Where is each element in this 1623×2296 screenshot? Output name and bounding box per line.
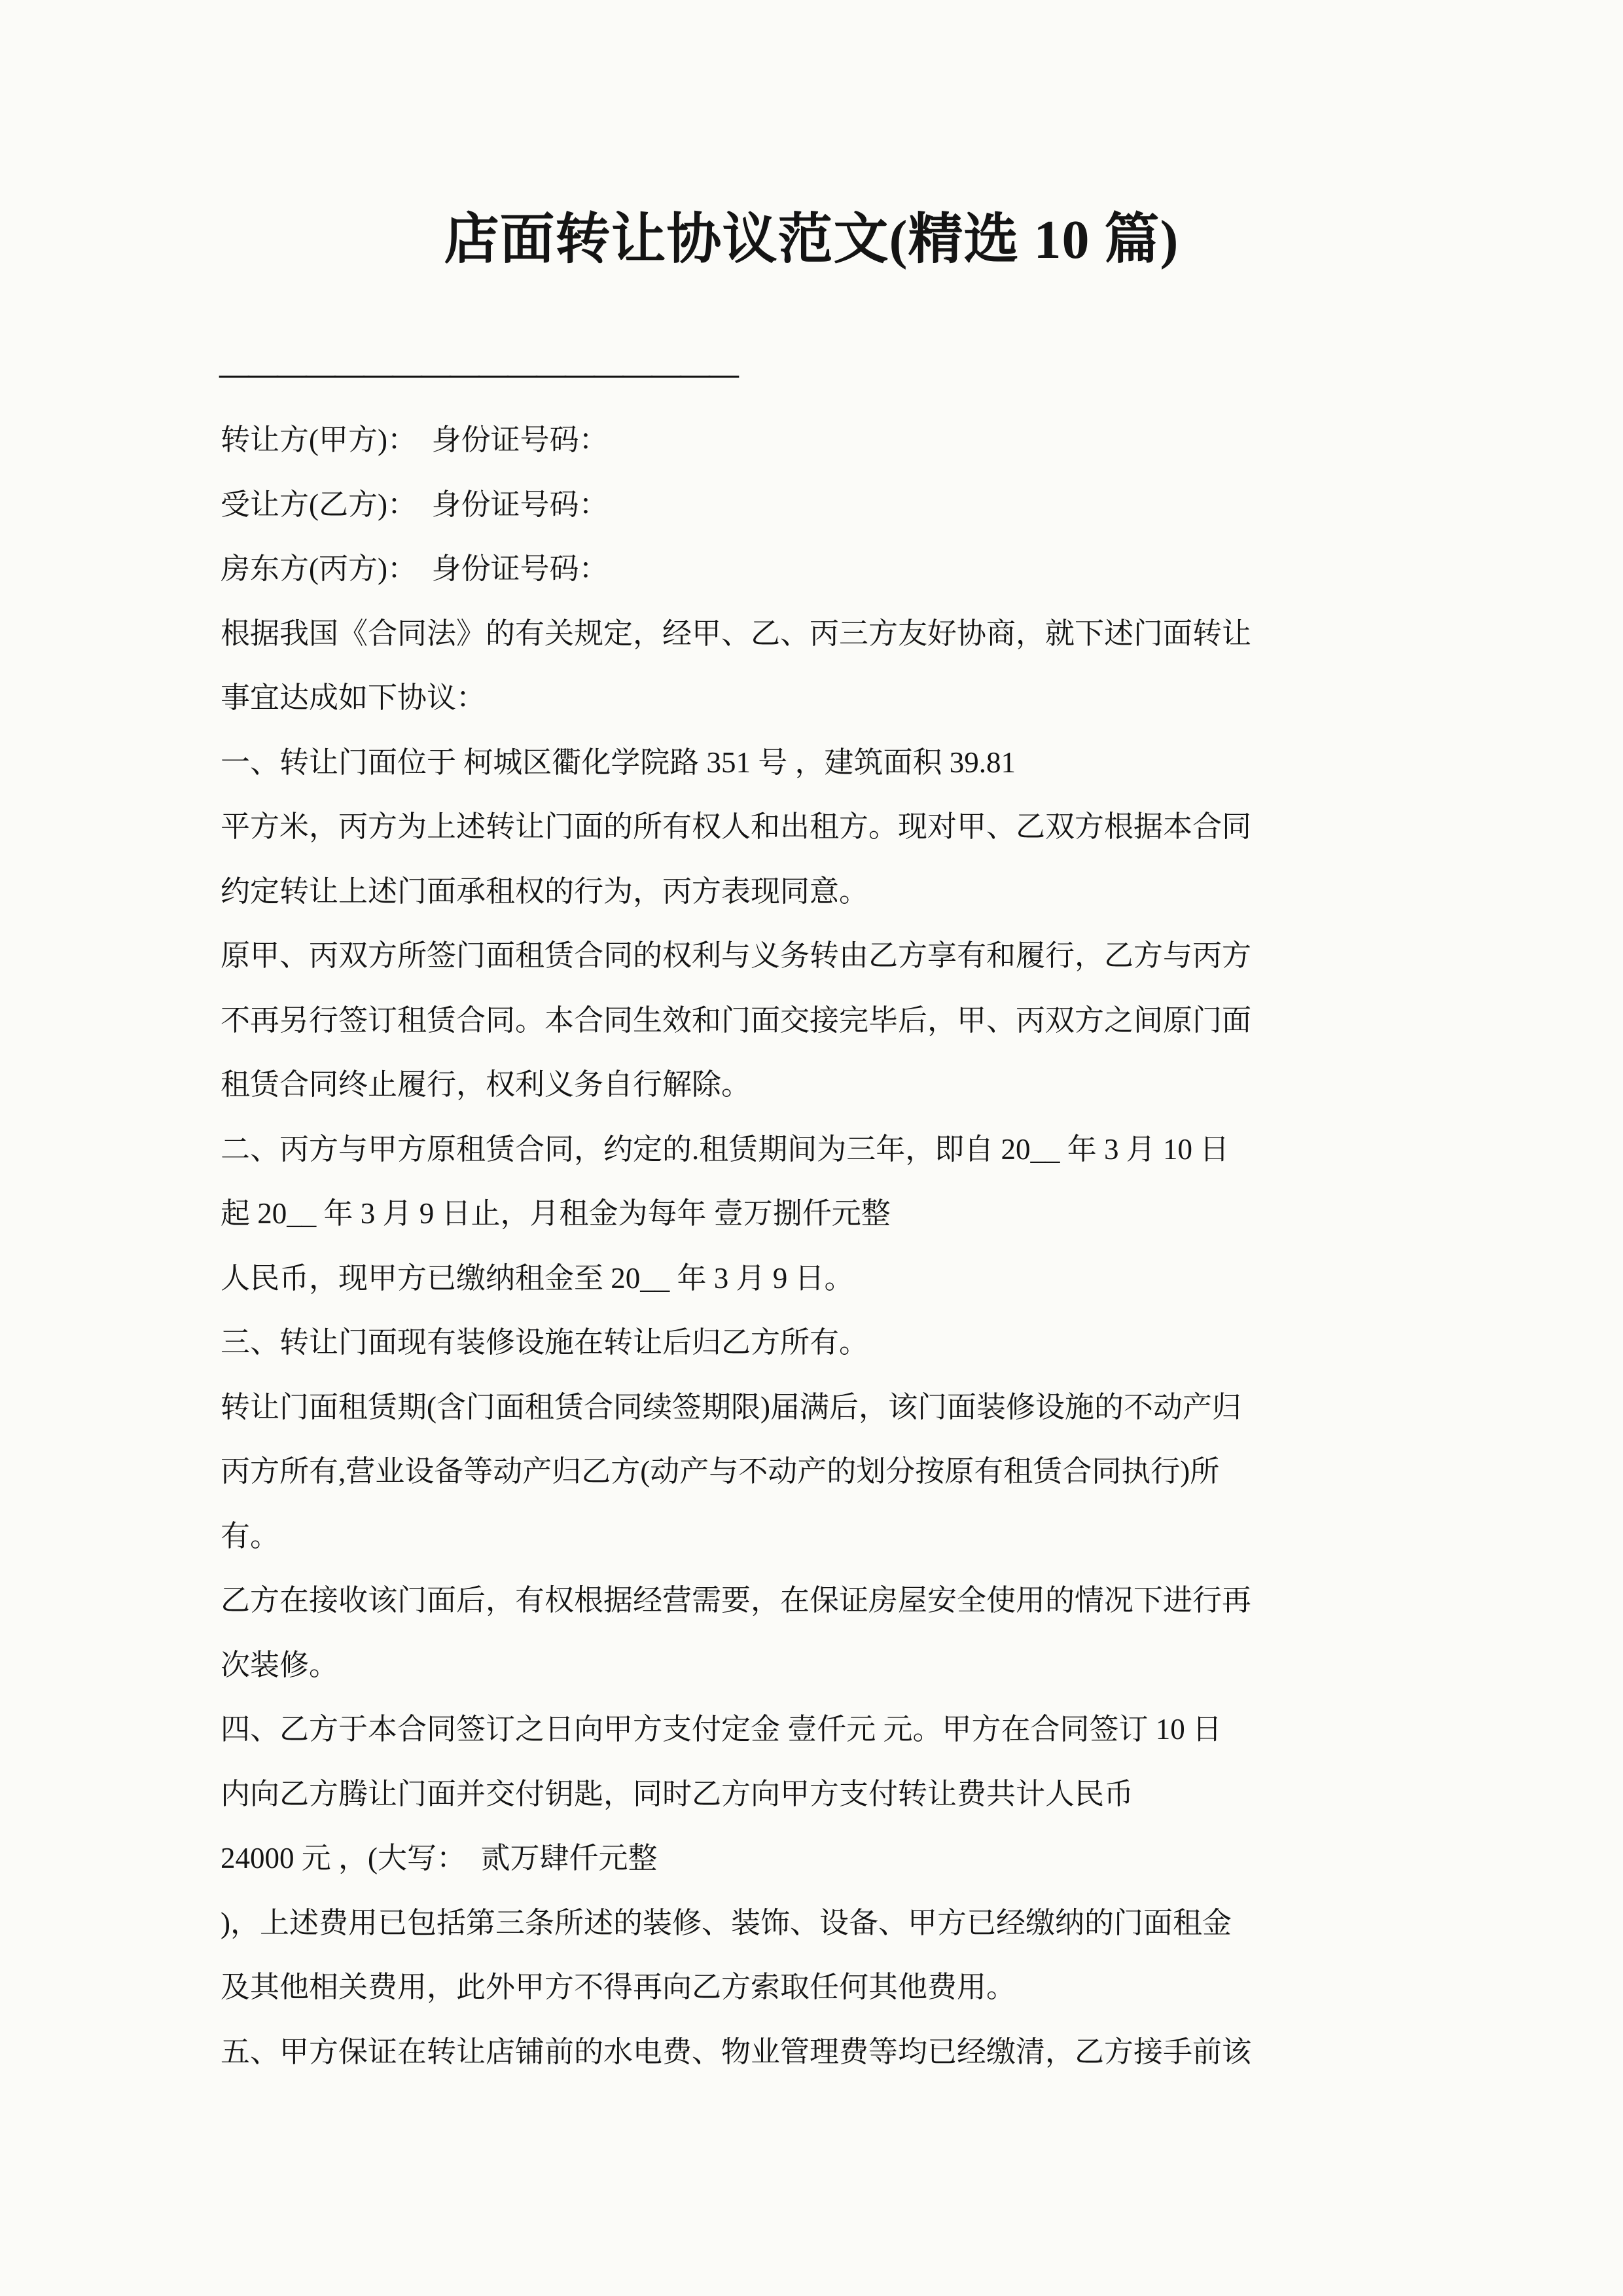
text-line: 24000 元 ，(大写： 贰万肆仟元整 [221,1826,1408,1891]
text-line: 四、乙方于本合同签订之日向甲方支付定金 壹仟元 元。甲方在合同签订 10 日 [221,1697,1408,1762]
text-line: 一、转让门面位于 柯城区衢化学院路 351 号 ，建筑面积 39.81 [221,730,1408,795]
text-line: 约定转让上述门面承租权的行为，丙方表现同意。 [221,859,1408,924]
text-line: 人民币，现甲方已缴纳租金至 20__ 年 3 月 9 日。 [221,1246,1408,1311]
text-line: 起 20__ 年 3 月 9 日止，月租金为每年 壹万捌仟元整 [221,1181,1408,1246]
text-line: 根据我国《合同法》的有关规定，经甲、乙、丙三方友好协商，就下述门面转让 [221,601,1408,666]
text-line: 丙方所有,营业设备等动产归乙方(动产与不动产的划分按原有租赁合同执行)所 [221,1439,1408,1504]
text-line: 租赁合同终止履行，权利义务自行解除。 [221,1052,1408,1117]
text-line: )，上述费用已包括第三条所述的装修、装饰、设备、甲方已经缴纳的门面租金 [221,1891,1408,1956]
text-line: 内向乙方腾让门面并交付钥匙，同时乙方向甲方支付转让费共计人民币 [221,1762,1408,1827]
text-line: 及其他相关费用，此外甲方不得再向乙方索取任何其他费用。 [221,1955,1408,2020]
text-line: 有。 [221,1504,1408,1569]
text-line: 二、丙方与甲方原租赁合同，约定的.租赁期间为三年，即自 20__ 年 3 月 1… [221,1117,1408,1182]
document-page: 店面转让协议范文(精选 10 篇) —————————————————— 转让方… [0,0,1623,2296]
text-line: 不再另行签订租赁合同。本合同生效和门面交接完毕后，甲、丙双方之间原门面 [221,988,1408,1053]
text-line: 转让门面租赁期(含门面租赁合同续签期限)届满后，该门面装修设施的不动产归 [221,1375,1408,1440]
text-line: 转让方(甲方)： 身份证号码： [221,408,1408,473]
text-line: 房东方(丙方)： 身份证号码： [221,537,1408,601]
text-line: 受让方(乙方)： 身份证号码： [221,473,1408,537]
text-line: 平方米，丙方为上述转让门面的所有权人和出租方。现对甲、乙双方根据本合同 [221,795,1408,859]
text-line: 三、转让门面现有装修设施在转让后归乙方所有。 [221,1310,1408,1375]
text-line: 五、甲方保证在转让店铺前的水电费、物业管理费等均已经缴清，乙方接手前该 [221,2020,1408,2085]
text-line: 原甲、丙双方所签门面租赁合同的权利与义务转由乙方享有和履行，乙方与丙方 [221,924,1408,988]
text-line: 次装修。 [221,1633,1408,1698]
text-line: 事宜达成如下协议： [221,666,1408,730]
document-body: 转让方(甲方)： 身份证号码：受让方(乙方)： 身份证号码：房东方(丙方)： 身… [221,408,1408,2084]
divider-line: —————————————————— [219,359,738,389]
text-line: 乙方在接收该门面后，有权根据经营需要，在保证房屋安全使用的情况下进行再 [221,1568,1408,1633]
document-title: 店面转让协议范文(精选 10 篇) [0,195,1623,274]
